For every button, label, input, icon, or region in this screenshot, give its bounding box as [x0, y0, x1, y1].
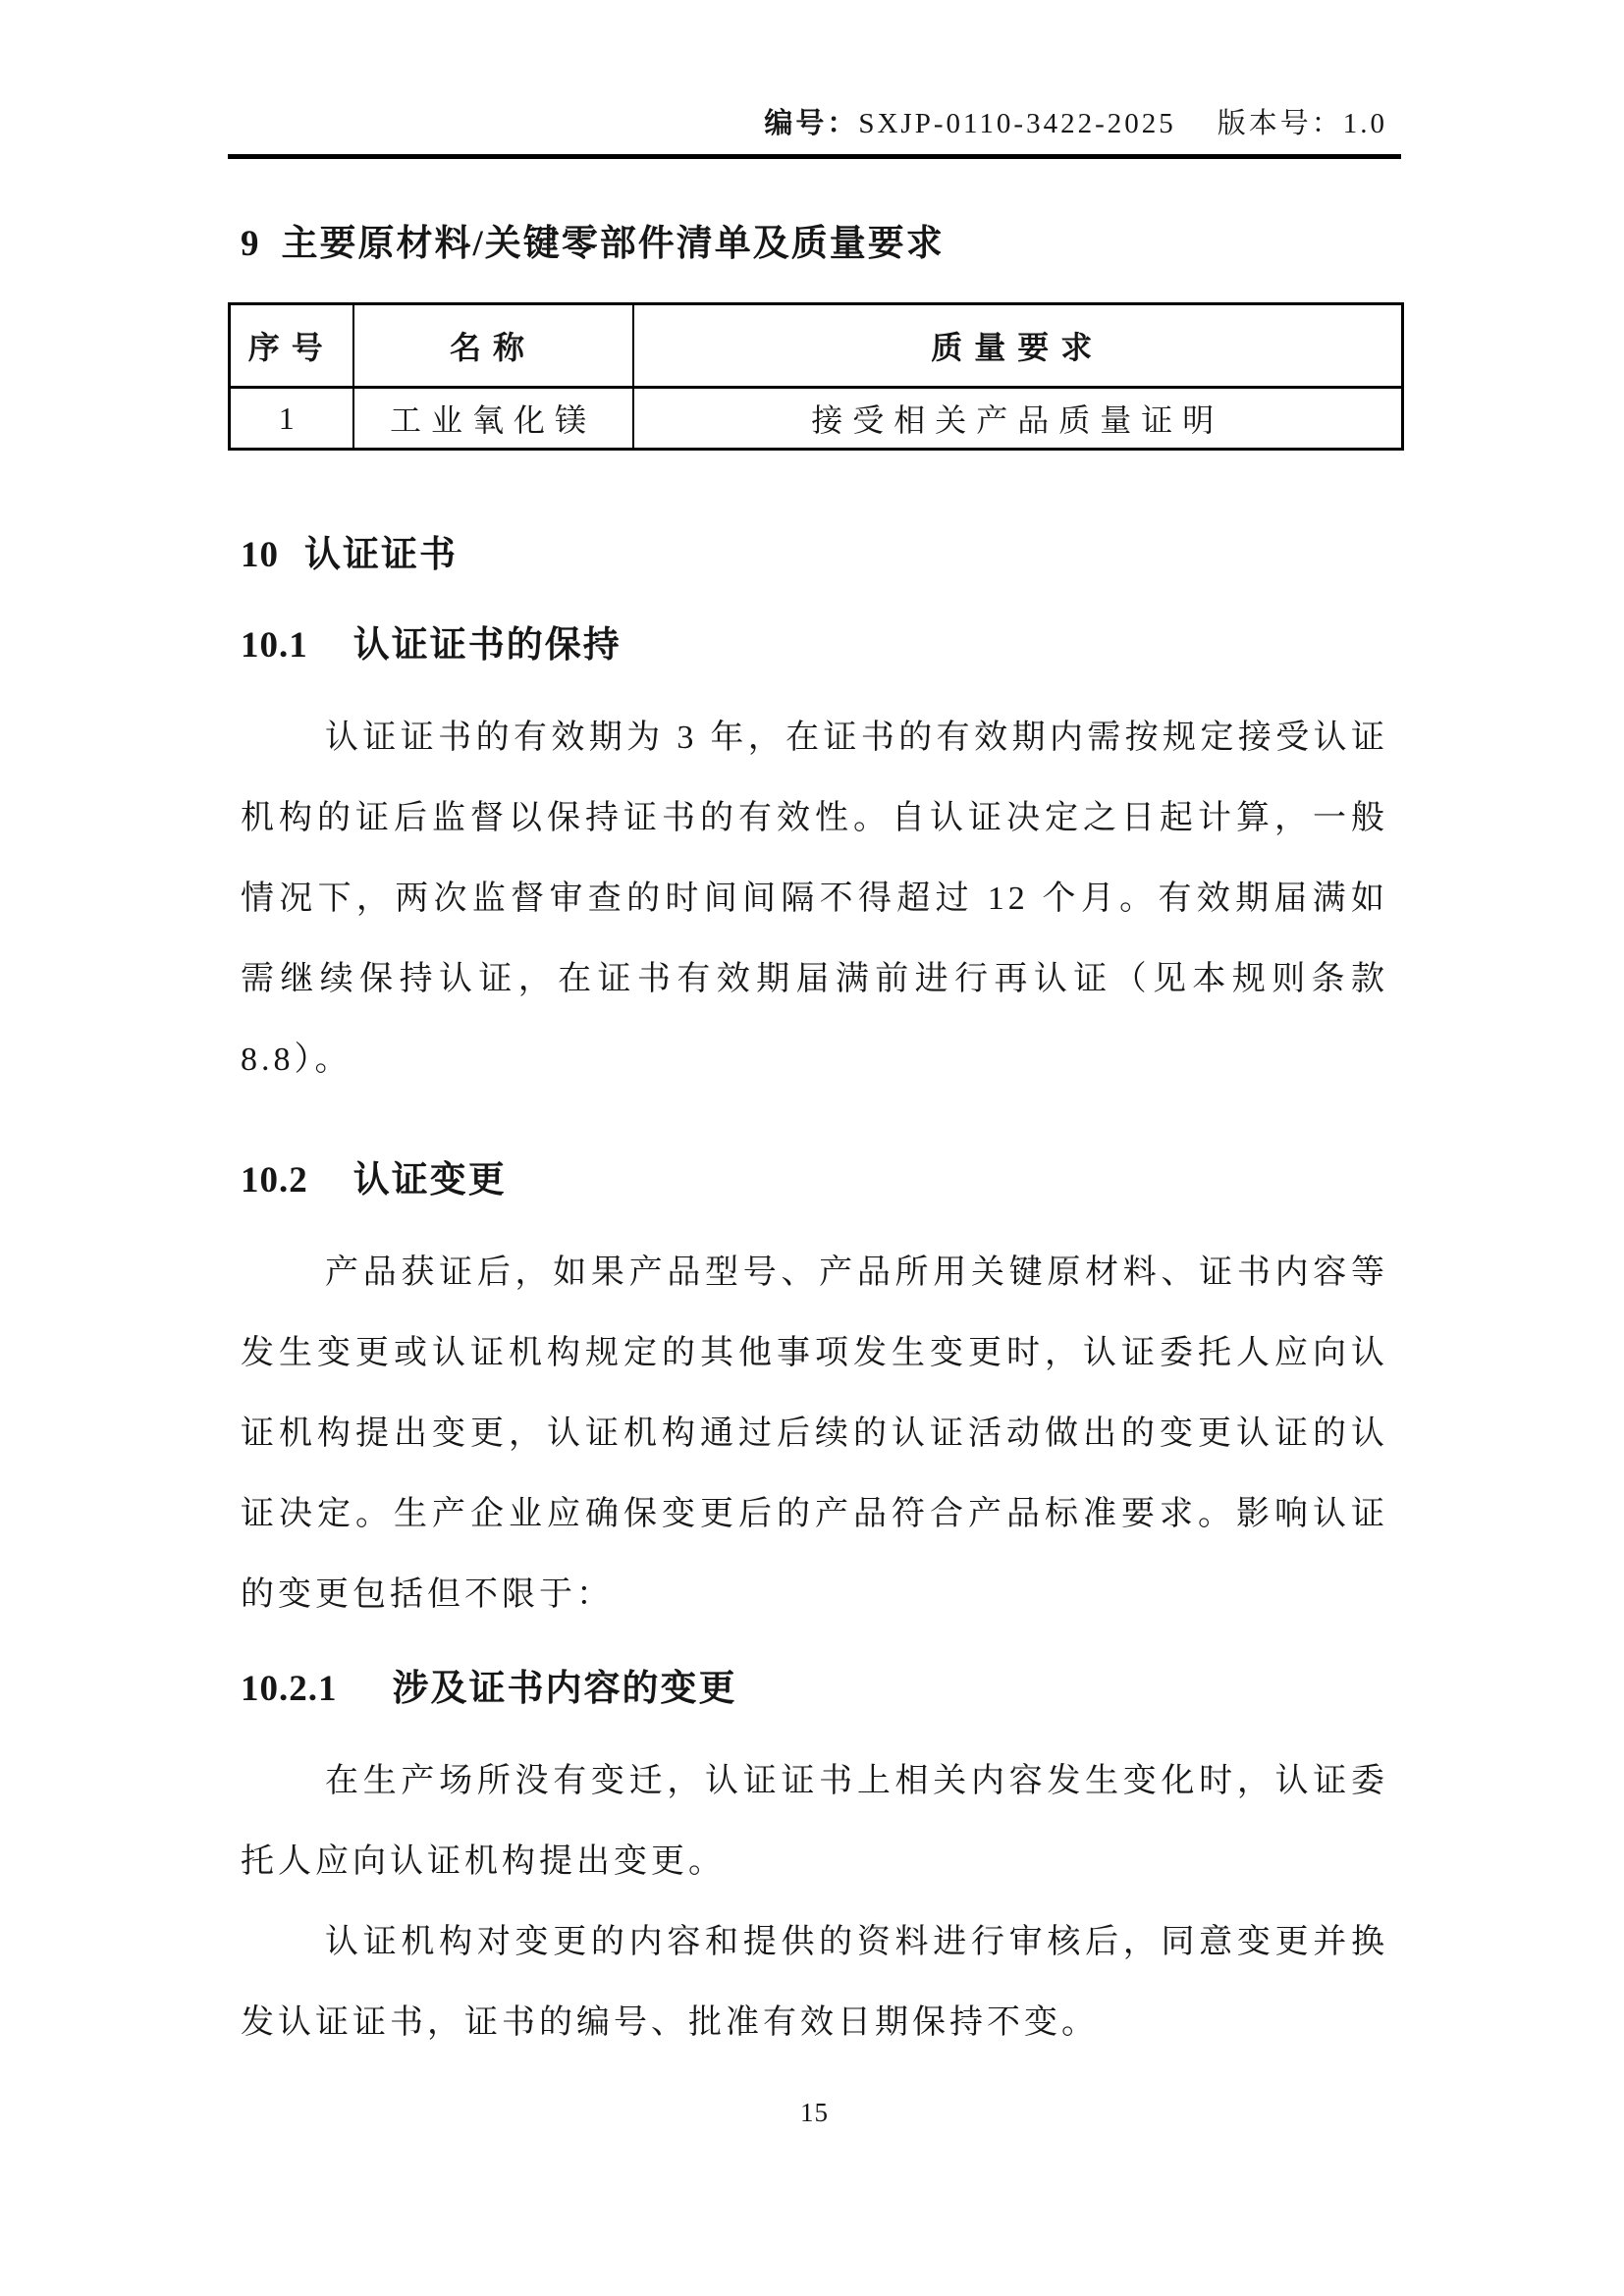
text-line: 情况下，两次监督审查的时间间隔不得超过 12 个月。有效期届满如 [241, 859, 1388, 939]
cell-index: 1 [230, 388, 353, 450]
version-label: 版本号： [1218, 108, 1343, 139]
text-line: 在生产场所没有变迁，认证证书上相关内容发生变化时，认证委 [241, 1741, 1388, 1822]
version-value: 1.0 [1343, 108, 1387, 139]
cell-quality: 接受相关产品质量证明 [633, 388, 1403, 450]
text-line: 产品获证后，如果产品型号、产品所用关键原材料、证书内容等 [241, 1233, 1388, 1313]
section-10-2-heading: 10.2认证变更 [241, 1154, 1401, 1207]
section-10-2-number: 10.2 [241, 1160, 308, 1201]
col-header-quality: 质量要求 [633, 304, 1403, 388]
section-9-title: 主要原材料/关键零部件清单及质量要求 [282, 224, 945, 264]
section-10-1-title: 认证证书的保持 [353, 625, 622, 666]
paragraph-10-2-1-a: 在生产场所没有变迁，认证证书上相关内容发生变化时，认证委 托人应向认证机构提出变… [241, 1741, 1388, 1902]
col-header-index: 序号 [230, 304, 353, 388]
paragraph-10-1: 认证证书的有效期为 3 年，在证书的有效期内需按规定接受认证 机构的证后监督以保… [241, 698, 1388, 1100]
text-line: 发认证证书，证书的编号、批准有效日期保持不变。 [241, 1983, 1388, 2063]
text-line: 8.8）。 [241, 1020, 1388, 1100]
text-line: 的变更包括但不限于： [241, 1555, 1388, 1635]
page-number: 15 [228, 2093, 1401, 2132]
section-10-heading: 10认证证书 [241, 529, 1401, 582]
text-line: 证机构提出变更，认证机构通过后续的认证活动做出的变更认证的认 [241, 1394, 1388, 1474]
cell-name: 工业氧化镁 [353, 388, 633, 450]
doc-number-value: SXJP-0110-3422-2025 [858, 108, 1175, 139]
section-10-number: 10 [241, 535, 279, 575]
text-line: 认证证书的有效期为 3 年，在证书的有效期内需按规定接受认证 [241, 698, 1388, 778]
section-10-2-1-title: 涉及证书内容的变更 [393, 1669, 737, 1709]
section-9-number: 9 [241, 224, 260, 264]
section-9-heading: 9主要原材料/关键零部件清单及质量要求 [241, 218, 1401, 271]
section-10-2-1-heading: 10.2.1涉及证书内容的变更 [241, 1663, 1401, 1716]
text-line: 发生变更或认证机构规定的其他事项发生变更时，认证委托人应向认 [241, 1313, 1388, 1394]
text-line: 机构的证后监督以保持证书的有效性。自认证决定之日起计算，一般 [241, 778, 1388, 859]
paragraph-10-2: 产品获证后，如果产品型号、产品所用关键原材料、证书内容等 发生变更或认证机构规定… [241, 1233, 1388, 1635]
section-10-title: 认证证书 [304, 535, 458, 575]
col-header-name: 名称 [353, 304, 633, 388]
text-line: 证决定。生产企业应确保变更后的产品符合产品标准要求。影响认证 [241, 1474, 1388, 1555]
text-line: 认证机构对变更的内容和提供的资料进行审核后，同意变更并换 [241, 1902, 1388, 1983]
section-10-1-number: 10.1 [241, 625, 308, 666]
text-line: 托人应向认证机构提出变更。 [241, 1822, 1388, 1902]
text-line: 需继续保持认证，在证书有效期届满前进行再认证（见本规则条款 [241, 939, 1388, 1020]
header-rule [228, 154, 1401, 159]
section-10-2-title: 认证变更 [353, 1160, 507, 1201]
content-area: 编号：SXJP-0110-3422-2025版本号：1.0 9主要原材料/关键零… [228, 0, 1401, 2132]
section-10-2-1-number: 10.2.1 [241, 1669, 338, 1709]
table-row: 1 工业氧化镁 接受相关产品质量证明 [230, 388, 1403, 450]
paragraph-10-2-1-b: 认证机构对变更的内容和提供的资料进行审核后，同意变更并换 发认证证书，证书的编号… [241, 1902, 1388, 2063]
table-header-row: 序号 名称 质量要求 [230, 304, 1403, 388]
section-10-1-heading: 10.1认证证书的保持 [241, 619, 1401, 672]
materials-table: 序号 名称 质量要求 1 工业氧化镁 接受相关产品质量证明 [228, 302, 1404, 451]
doc-number-label: 编号： [764, 108, 858, 139]
page-header: 编号：SXJP-0110-3422-2025版本号：1.0 [228, 0, 1401, 146]
document-page: 编号：SXJP-0110-3422-2025版本号：1.0 9主要原材料/关键零… [0, 0, 1624, 2296]
